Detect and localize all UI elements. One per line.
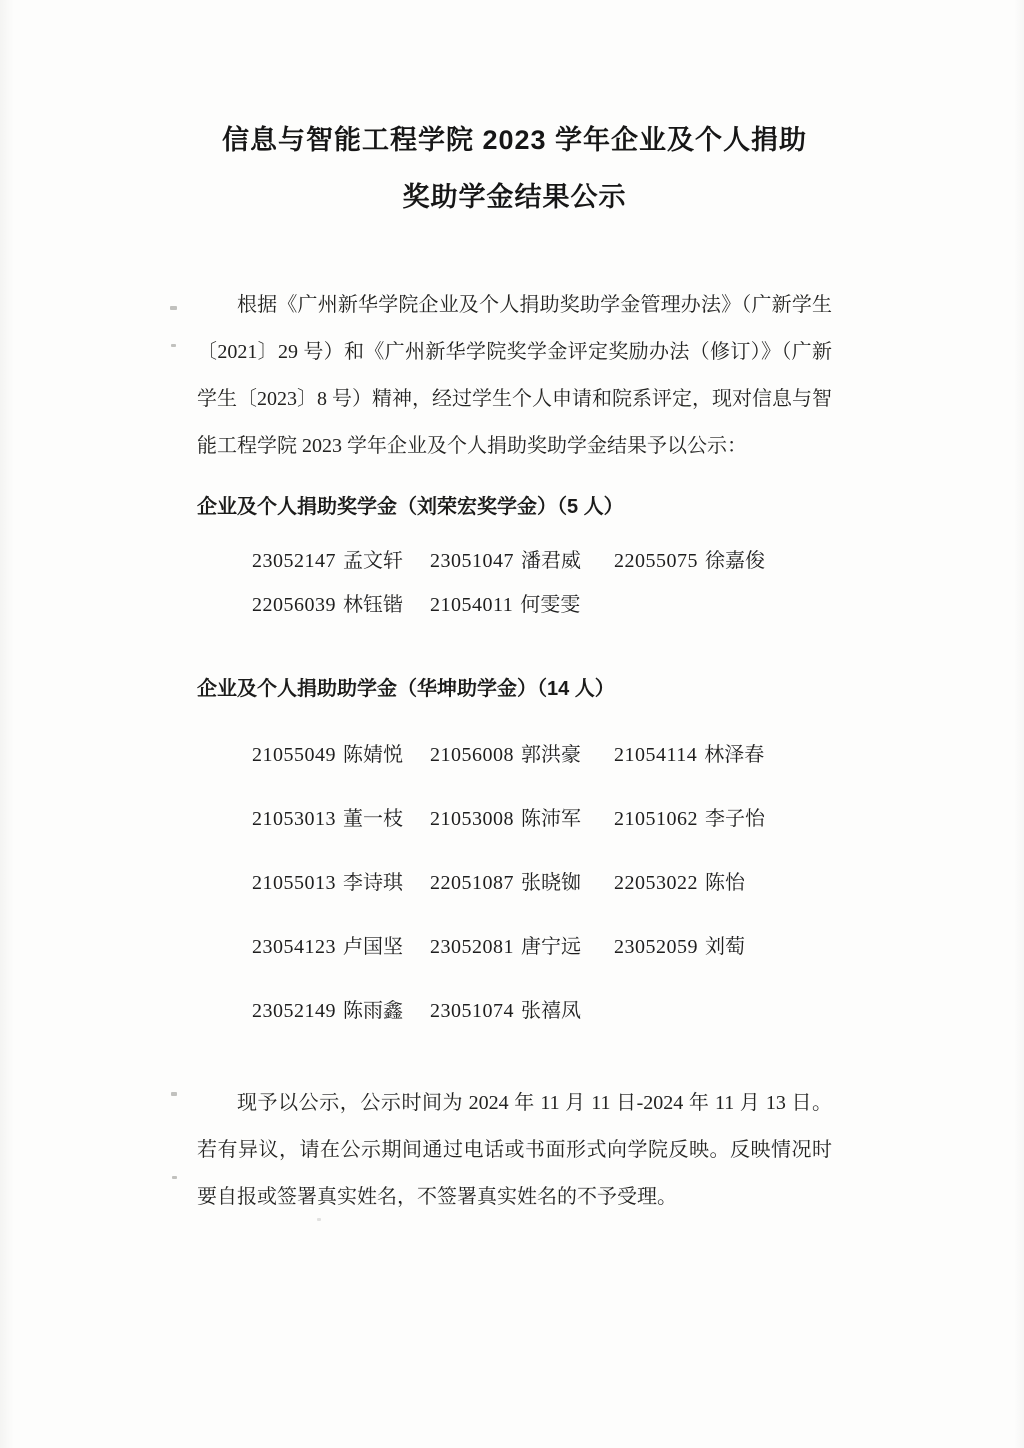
student-entry: 21053008陈沛军	[430, 804, 614, 834]
scan-artifact	[172, 1176, 177, 1179]
student-entry: 22053022陈怡	[614, 868, 745, 898]
student-id: 21055049	[252, 744, 336, 766]
closing-paragraph: 现予以公示，公示时间为 2024 年 11 月 11 日-2024 年 11 月…	[197, 1080, 832, 1221]
document-title-line2: 奖助学金结果公示	[197, 169, 832, 226]
document-title: 信息与智能工程学院 2023 学年企业及个人捐助 奖助学金结果公示	[197, 112, 832, 226]
student-row: 21055013李诗琪22051087张晓铷22053022陈怡	[252, 868, 832, 898]
student-entry: 21053013董一枝	[252, 804, 430, 834]
student-name: 林钰锴	[343, 594, 403, 616]
student-id: 21056008	[430, 744, 514, 766]
student-id: 22051087	[430, 872, 514, 894]
student-row: 21053013董一枝21053008陈沛军21051062李子怡	[252, 804, 832, 834]
student-id: 22055075	[614, 550, 698, 572]
student-id: 21054011	[430, 594, 513, 616]
student-entry: 22055075徐嘉俊	[614, 546, 765, 576]
student-name: 郭洪豪	[521, 744, 581, 766]
student-row: 22056039林钰锴21054011何雯雯	[252, 590, 832, 620]
student-entry: 23054123卢国坚	[252, 932, 430, 962]
student-id: 22053022	[614, 872, 698, 894]
student-name: 卢国坚	[343, 936, 403, 958]
scholarship-section: 企业及个人捐助助学金（华坤助学金）（14 人） 21055049陈婧悦21056…	[197, 674, 832, 1026]
student-name: 刘萄	[705, 936, 745, 958]
student-entry: 23052149陈雨鑫	[252, 996, 430, 1026]
student-row: 23054123卢国坚23052081唐宁远23052059刘萄	[252, 932, 832, 962]
student-name: 陈沛军	[521, 808, 581, 830]
student-name: 张晓铷	[521, 872, 581, 894]
student-name: 孟文轩	[343, 550, 403, 572]
student-name: 陈雨鑫	[343, 1000, 403, 1022]
scan-artifact	[171, 1092, 177, 1096]
student-name: 陈怡	[705, 872, 745, 894]
student-id: 21053008	[430, 808, 514, 830]
student-entry: 23051047潘君威	[430, 546, 614, 576]
student-entry: 21051062李子怡	[614, 804, 765, 834]
student-id: 23054123	[252, 936, 336, 958]
student-row: 23052149陈雨鑫23051074张禧凤	[252, 996, 832, 1026]
student-id: 23051047	[430, 550, 514, 572]
student-id: 21054114	[614, 744, 697, 766]
scan-artifact	[170, 306, 177, 310]
student-entry: 22051087张晓铷	[430, 868, 614, 898]
student-entry: 21056008郭洪豪	[430, 740, 614, 770]
student-id: 23052149	[252, 1000, 336, 1022]
student-name: 张禧凤	[521, 1000, 581, 1022]
student-id: 23052147	[252, 550, 336, 572]
student-id: 23051074	[430, 1000, 514, 1022]
document-page: 信息与智能工程学院 2023 学年企业及个人捐助 奖助学金结果公示 根据《广州新…	[0, 0, 1024, 1448]
student-id: 21051062	[614, 808, 698, 830]
sections: 企业及个人捐助奖学金（刘荣宏奖学金）（5 人） 23052147孟文轩23051…	[197, 492, 832, 1026]
student-id: 22056039	[252, 594, 336, 616]
student-name: 李子怡	[705, 808, 765, 830]
intro-paragraph: 根据《广州新华学院企业及个人捐助奖助学金管理办法》（广新学生〔2021〕29 号…	[197, 282, 832, 470]
section-rows: 23052147孟文轩23051047潘君威22055075徐嘉俊2205603…	[252, 546, 832, 620]
student-name: 徐嘉俊	[705, 550, 765, 572]
student-entry: 21054114林泽春	[614, 740, 764, 770]
student-entry: 21055049陈婧悦	[252, 740, 430, 770]
student-name: 陈婧悦	[343, 744, 403, 766]
section-heading: 企业及个人捐助助学金（华坤助学金）（14 人）	[197, 674, 832, 704]
student-name: 何雯雯	[520, 594, 580, 616]
student-id: 21053013	[252, 808, 336, 830]
student-name: 李诗琪	[343, 872, 403, 894]
section-heading: 企业及个人捐助奖学金（刘荣宏奖学金）（5 人）	[197, 492, 832, 522]
scan-artifact	[171, 344, 176, 347]
student-entry: 23052147孟文轩	[252, 546, 430, 576]
student-id: 21055013	[252, 872, 336, 894]
student-row: 23052147孟文轩23051047潘君威22055075徐嘉俊	[252, 546, 832, 576]
student-id: 23052081	[430, 936, 514, 958]
student-id: 23052059	[614, 936, 698, 958]
section-rows: 21055049陈婧悦21056008郭洪豪21054114林泽春2105301…	[252, 740, 832, 1026]
student-entry: 23051074张禧凤	[430, 996, 614, 1026]
student-row: 21055049陈婧悦21056008郭洪豪21054114林泽春	[252, 740, 832, 770]
scholarship-section: 企业及个人捐助奖学金（刘荣宏奖学金）（5 人） 23052147孟文轩23051…	[197, 492, 832, 620]
student-entry: 21055013李诗琪	[252, 868, 430, 898]
student-entry: 23052059刘萄	[614, 932, 745, 962]
document-title-line1: 信息与智能工程学院 2023 学年企业及个人捐助	[197, 112, 832, 169]
student-name: 董一枝	[343, 808, 403, 830]
student-entry: 22056039林钰锴	[252, 590, 430, 620]
student-name: 唐宁远	[521, 936, 581, 958]
student-name: 潘君威	[521, 550, 581, 572]
student-name: 林泽春	[704, 744, 764, 766]
student-entry: 21054011何雯雯	[430, 590, 614, 620]
student-entry: 23052081唐宁远	[430, 932, 614, 962]
